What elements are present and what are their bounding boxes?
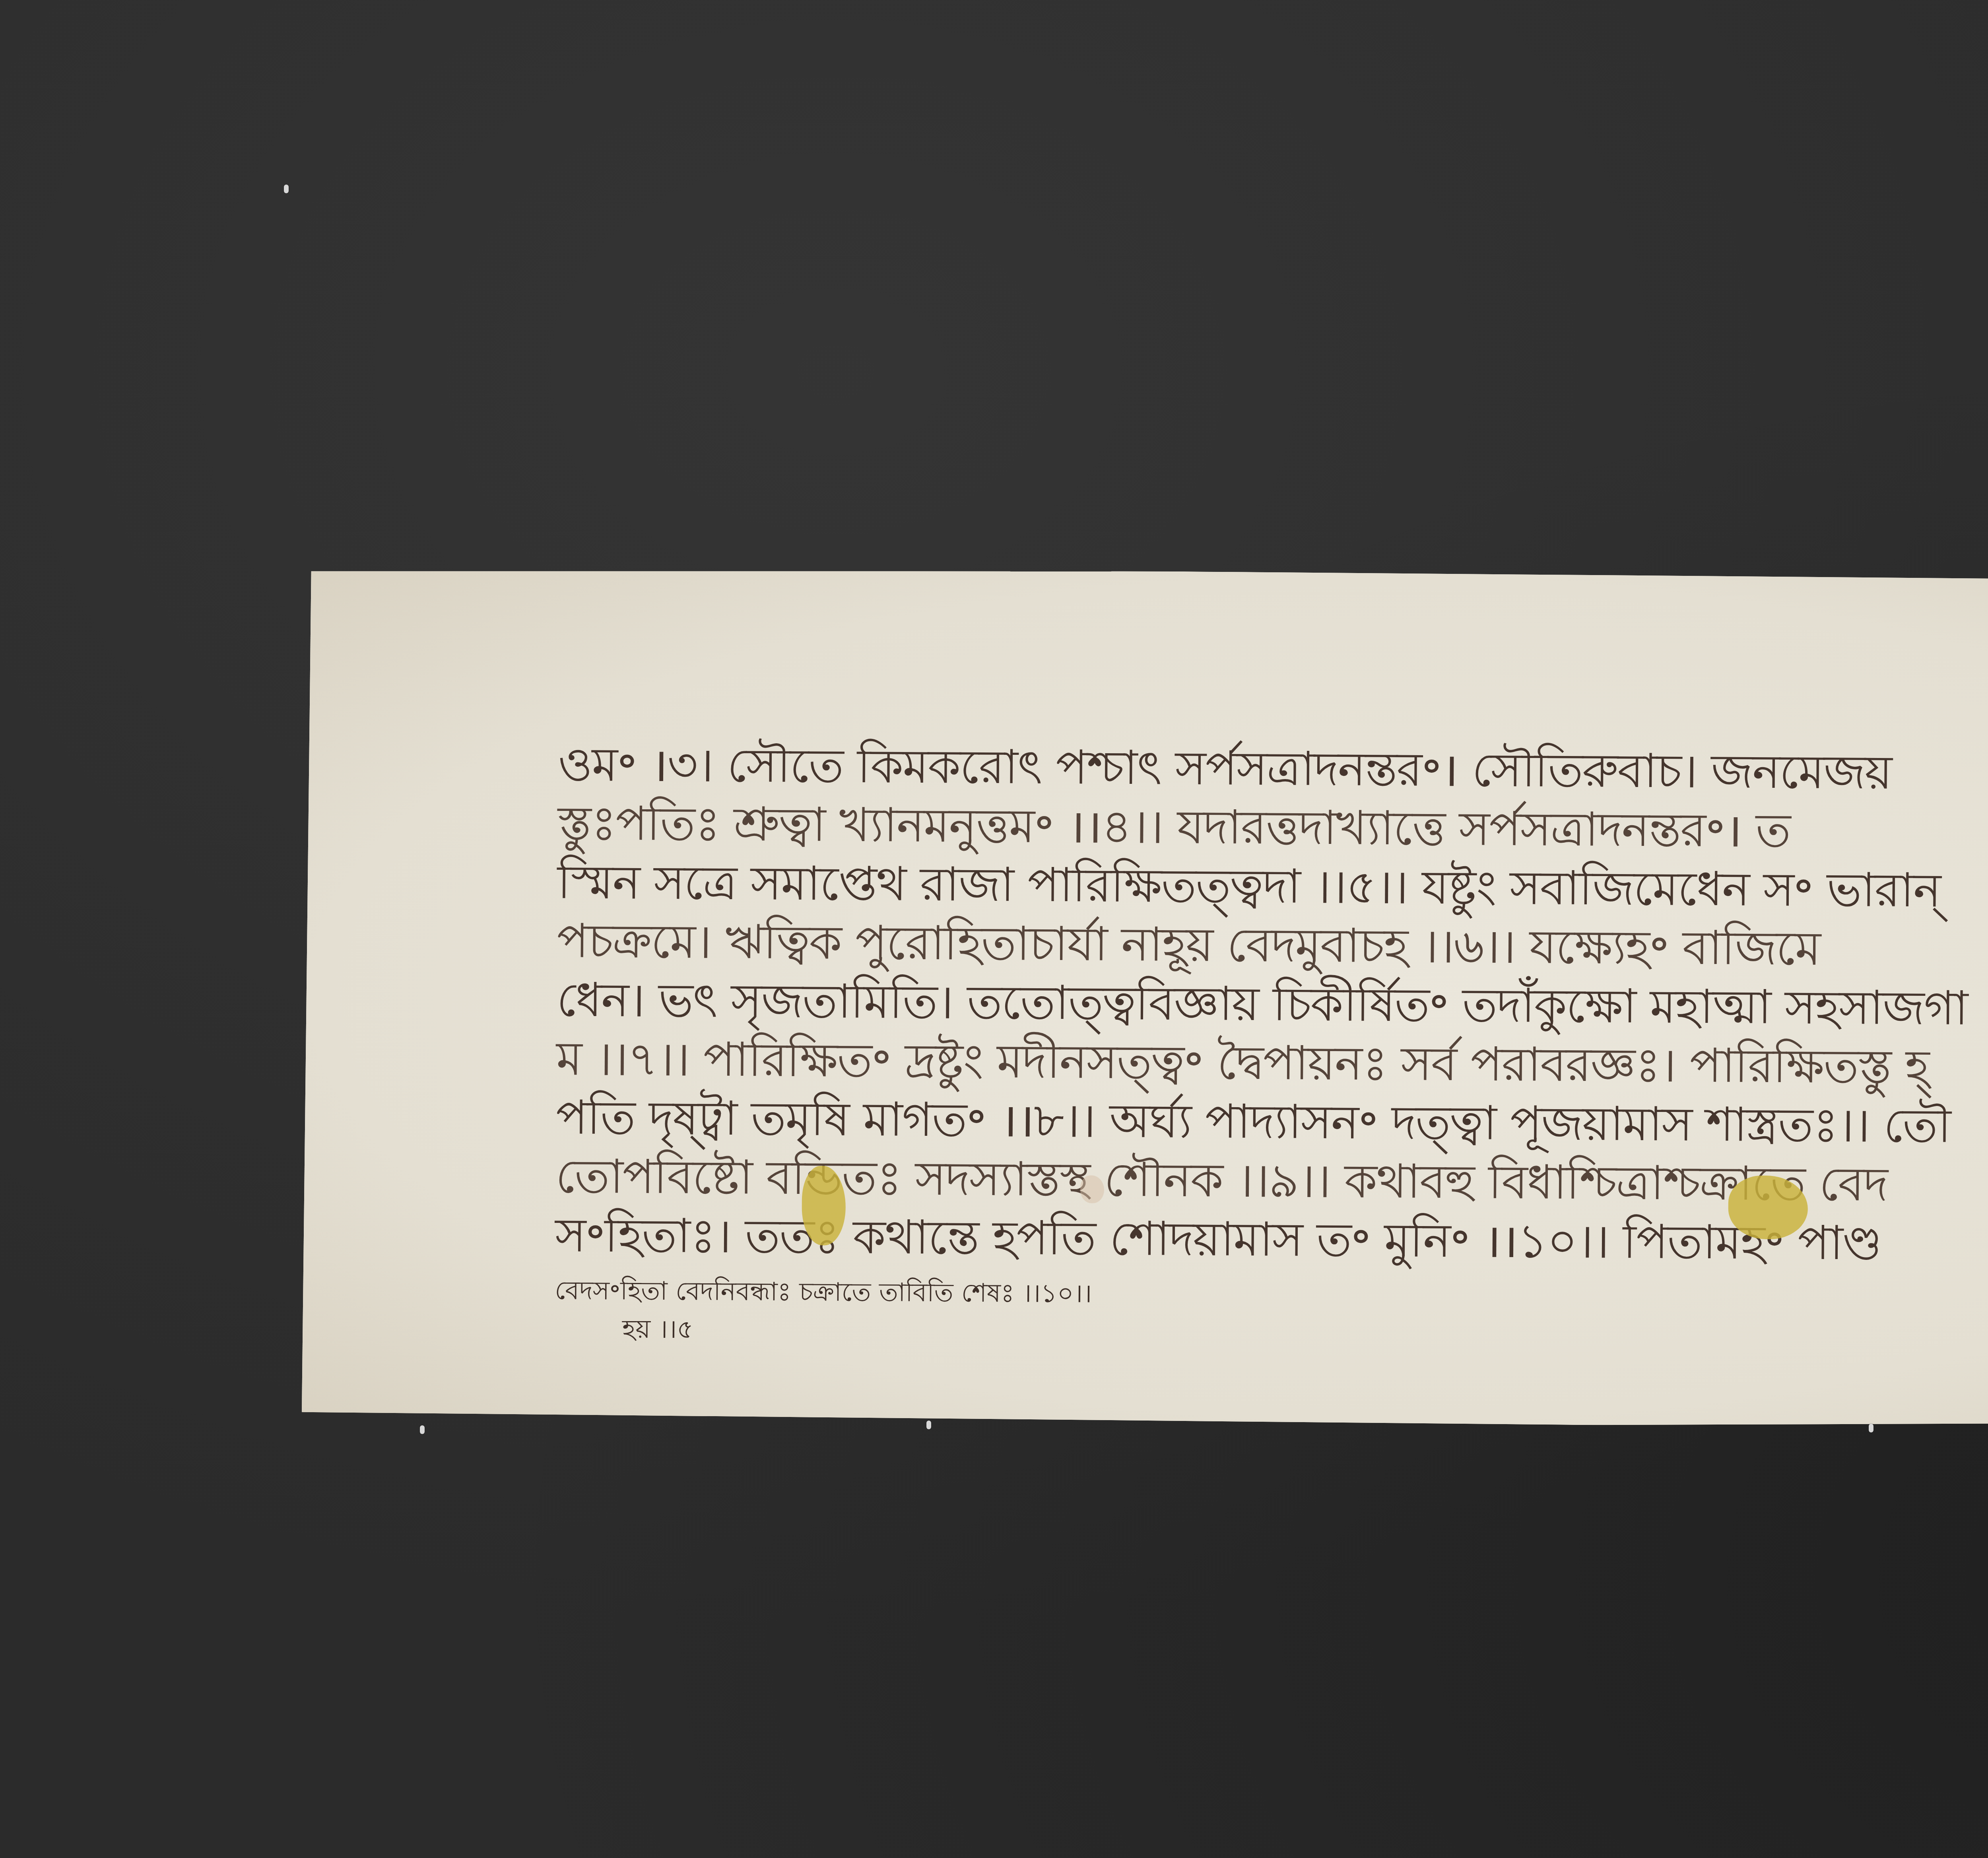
footnote-line-1: বেদস॰হিতা বেদনিবন্ধাঃ চক্রাতে তাবিতি শেষ… — [555, 1271, 1092, 1313]
mounting-pin — [284, 185, 289, 193]
manuscript-leaf: ওম॰ ।৩। সৌতে কিমকরোৎ পশ্চাৎ সর্পসত্রাদনন… — [300, 566, 1988, 1430]
mounting-pin — [420, 1425, 425, 1434]
manuscript-line-4: পচক্রমে। ঋত্বিক পুরোহিতাচার্যা নাহূয় বে… — [557, 911, 1988, 981]
manuscript-line-5: ধেন। ভৎ সৃজতামিতি। ততোত্ত্ববিজ্ঞায় চিকী… — [556, 970, 1988, 1040]
mounting-pin — [1869, 1424, 1873, 1432]
manuscript-line-6: ম ।।৭।। পারিক্ষিত॰ দ্রষ্টুং মদীনসত্ত্ব॰ … — [556, 1029, 1988, 1098]
footnote-line-2: হয় ।।৫ — [555, 1310, 1092, 1351]
manuscript-line-7: পতি দৃষ্ট্বা তমৃষি মাগত॰ ।।৮।। অর্ঘ্য পা… — [556, 1088, 1988, 1157]
faint-brown-stain — [1080, 1175, 1104, 1203]
manuscript-line-3: স্মিন সত্রে সমাপ্তেথ রাজা পারিক্ষিতত্ত্ব… — [557, 852, 1988, 922]
marginal-footnote: বেদস॰হিতা বেদনিবন্ধাঃ চক্রাতে তাবিতি শেষ… — [555, 1271, 1092, 1351]
mounting-pin — [926, 1421, 931, 1429]
manuscript-line-2: স্তুঃপতিঃ শ্রুত্বা খ্যানমনুত্তম॰ ।।৪।। য… — [557, 793, 1988, 863]
manuscript-line-1: ওম॰ ।৩। সৌতে কিমকরোৎ পশ্চাৎ সর্পসত্রাদনন… — [558, 735, 1988, 804]
